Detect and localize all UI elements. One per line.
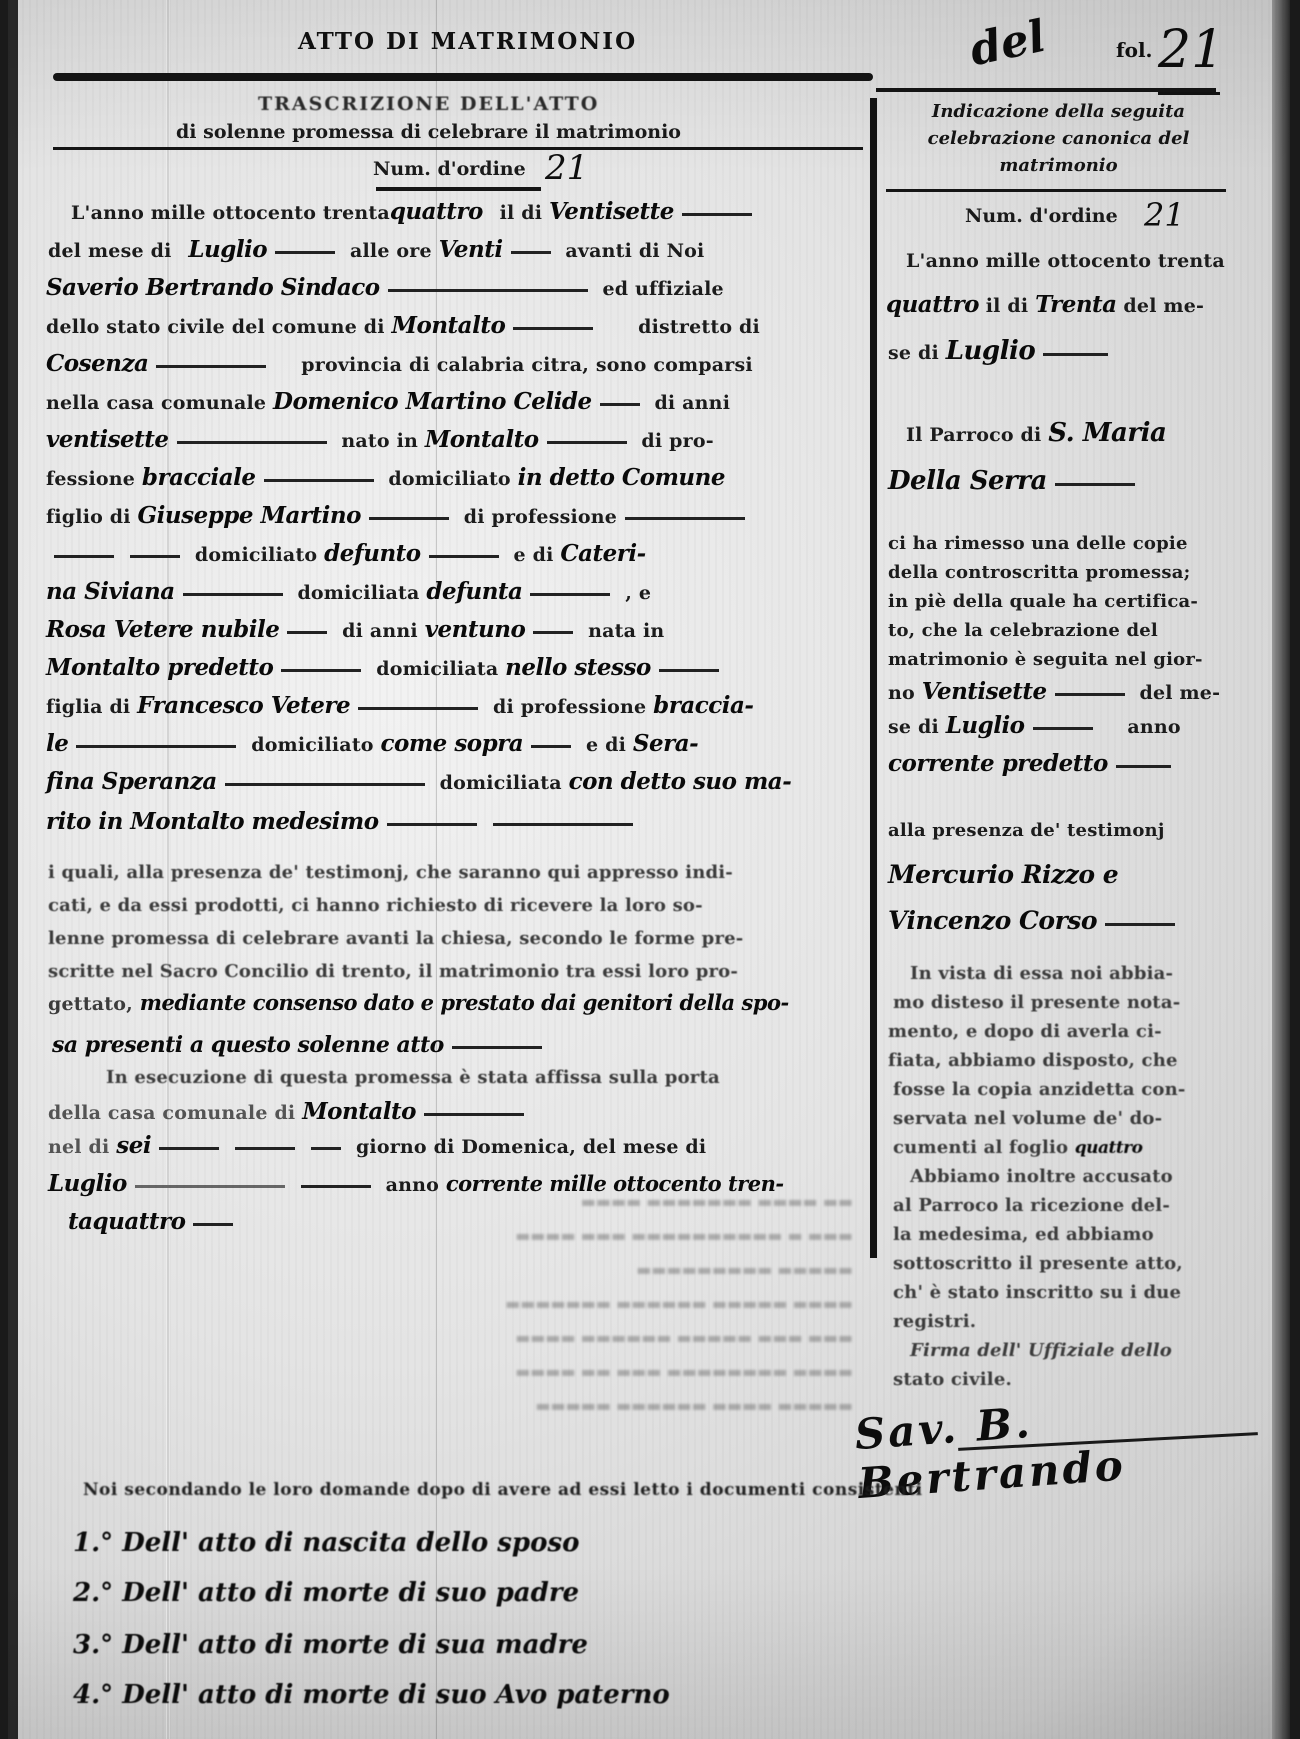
- heading-line: Indicazione della seguita: [886, 98, 1231, 125]
- header-rule-left: [53, 73, 873, 81]
- right-line: fosse la copia anzidetta con-: [893, 1079, 1186, 1100]
- record-line: Rosa Vetere nubile di anni ventuno nata …: [46, 616, 664, 643]
- record-line: Saverio Bertrando Sindaco ed uffiziale: [46, 274, 724, 301]
- right-line: la medesima, ed abbiamo: [893, 1224, 1154, 1245]
- right-line: della controscritta promessa;: [888, 562, 1190, 583]
- right-line: Della Serra: [888, 466, 1143, 496]
- header-rule-right: [876, 88, 1216, 92]
- right-line: mento, e dopo di averla ci-: [888, 1021, 1162, 1042]
- promise-subtitle: di solenne promessa di celebrare il matr…: [176, 121, 681, 143]
- right-order-label: Num. d'ordine: [965, 205, 1118, 227]
- record-line: ventisette nato in Montalto di pro-: [46, 426, 714, 453]
- page-left-border: [8, 0, 18, 1739]
- paragraph-line: gettato, mediante consenso dato e presta…: [48, 990, 789, 1015]
- paragraph-line: sa presenti a questo solenne atto: [52, 1032, 550, 1058]
- document-list-item: 3.° Dell' atto di morte di sua madre: [73, 1630, 588, 1660]
- document-list-item: 2.° Dell' atto di morte di suo padre: [73, 1578, 579, 1608]
- record-line: na Siviana domiciliata defunta , e: [46, 578, 651, 605]
- record-line: fessione bracciale domiciliato in detto …: [46, 464, 725, 491]
- record-line: figlio di Giuseppe Martino di profession…: [46, 502, 753, 529]
- right-line: registri.: [893, 1311, 976, 1332]
- right-line: Vincenzo Corso: [888, 906, 1183, 935]
- record-line: figlia di Francesco Vetere di profession…: [46, 692, 753, 719]
- right-line: ch' è stato inscritto su i due: [893, 1282, 1181, 1303]
- handwritten-header-mark: del: [966, 11, 1050, 77]
- right-line: Il Parroco di S. Maria: [906, 418, 1166, 448]
- right-line: In vista di essa noi abbia-: [910, 963, 1173, 984]
- right-line: no Ventisette del me-: [888, 678, 1220, 705]
- right-line: to, che la celebrazione del: [888, 620, 1158, 641]
- subtitle-rule: [53, 147, 863, 150]
- right-order-value: 21: [1144, 196, 1185, 234]
- paragraph-line: cati, e da essi prodotti, ci hanno richi…: [48, 895, 703, 916]
- right-line: Mercurio Rizzo e: [888, 860, 1118, 889]
- record-line: fina Speranza domiciliata con detto suo …: [46, 768, 791, 795]
- documents-intro: Noi secondando le loro domande dopo di a…: [83, 1480, 923, 1500]
- record-line: nella casa comunale Domenico Martino Cel…: [46, 388, 730, 415]
- right-line: al Parroco la ricezione del-: [893, 1195, 1170, 1216]
- celebration-heading: Indicazione della seguita celebrazione c…: [886, 98, 1231, 179]
- bleed-through-text: ▬▬ ▬▬▬▬ ▬▬▬▬▬▬▬ ▬▬▬▬ ▬▬▬ ▬ ▬▬▬▬▬▬▬▬▬▬ ▬▬…: [353, 1185, 853, 1445]
- folio-number: 21: [1158, 20, 1224, 80]
- record-line: le domiciliato come sopra e di Sera-: [46, 730, 698, 757]
- right-line: servata nel volume de' do-: [893, 1108, 1162, 1129]
- record-line: Cosenza provincia di calabria citra, son…: [46, 350, 753, 377]
- right-line: quattro il di Trenta del me-: [886, 291, 1204, 318]
- record-line: domiciliato defunto e di Cateri-: [46, 540, 646, 567]
- right-line: mo disteso il presente nota-: [893, 992, 1180, 1013]
- order-number-label: Num. d'ordine: [373, 158, 526, 180]
- document-page: ATTO DI MATRIMONIO del fol. 21 TRASCRIZI…: [8, 0, 1290, 1739]
- folio-underline: [1158, 92, 1220, 95]
- right-line: cumenti al foglio quattro: [893, 1137, 1142, 1158]
- column-divider: [870, 98, 877, 1258]
- document-title: ATTO DI MATRIMONIO: [298, 28, 637, 55]
- posting-line: della casa comunale di Montalto: [48, 1098, 532, 1125]
- record-line: L'anno mille ottocento trentaquattro il …: [71, 198, 760, 225]
- paragraph-line: scritte nel Sacro Concilio di trento, il…: [48, 961, 738, 982]
- right-line: se di Luglio: [888, 336, 1116, 366]
- paragraph-line: lenne promessa di celebrare avanti la ch…: [48, 928, 743, 949]
- heading-line: matrimonio: [886, 152, 1231, 179]
- right-line: fiata, abbiamo disposto, che: [888, 1050, 1178, 1071]
- posting-line: In esecuzione di questa promessa è stata…: [106, 1067, 720, 1088]
- transcription-heading: TRASCRIZIONE DELL'ATTO: [258, 93, 599, 115]
- right-line: corrente predetto: [888, 750, 1179, 777]
- posting-line: taquattro: [68, 1208, 241, 1235]
- right-heading-rule: [886, 189, 1226, 192]
- heading-line: celebrazione canonica del: [886, 125, 1231, 152]
- right-line: sottoscritto il presente atto,: [893, 1253, 1183, 1274]
- order-number-value: 21: [545, 148, 588, 188]
- order-underline: [376, 187, 541, 191]
- right-line: alla presenza de' testimonj: [888, 820, 1165, 841]
- signature-caption: Firma dell' Uffiziale dello: [910, 1340, 1172, 1361]
- document-list-item: 4.° Dell' atto di morte di suo Avo pater…: [73, 1680, 670, 1710]
- right-line: se di Luglio anno: [888, 712, 1181, 739]
- right-line: L'anno mille ottocento trenta: [906, 250, 1225, 272]
- signature-caption: stato civile.: [893, 1369, 1012, 1390]
- right-line: matrimonio è seguita nel gior-: [888, 649, 1203, 670]
- record-line: Montalto predetto domiciliata nello stes…: [46, 654, 727, 681]
- record-line: del mese di Luglio alle ore Venti avanti…: [48, 236, 704, 263]
- right-line: in piè della quale ha certifica-: [888, 591, 1198, 612]
- right-line: ci ha rimesso una delle copie: [888, 533, 1188, 554]
- record-line: rito in Montalto medesimo: [46, 808, 641, 835]
- document-list-item: 1.° Dell' atto di nascita dello sposo: [73, 1528, 579, 1558]
- posting-line: nel di sei giorno di Domenica, del mese …: [48, 1132, 706, 1159]
- folio-label: fol.: [1116, 38, 1153, 62]
- right-line: Abbiamo inoltre accusato: [910, 1166, 1173, 1187]
- record-line: dello stato civile del comune di Montalt…: [46, 312, 760, 339]
- paragraph-line: i quali, alla presenza de' testimonj, ch…: [48, 862, 733, 883]
